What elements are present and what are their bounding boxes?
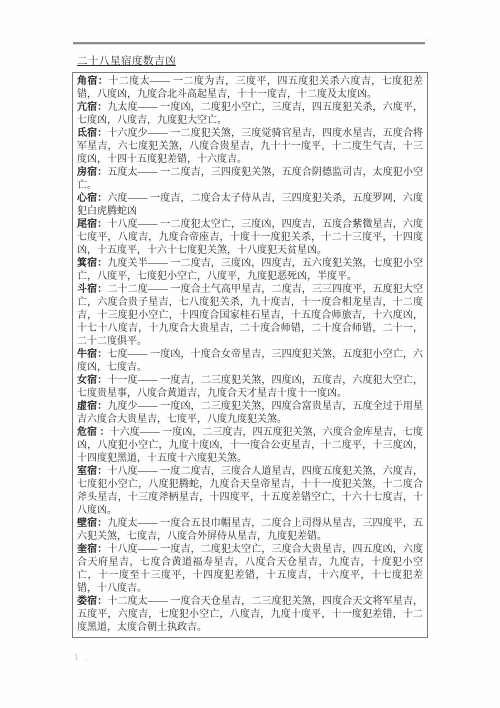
entry-di-body: 十六度少—— 一二度犯关煞，三度觉骑官星吉，四度水星吉，五度合将军星吉，六七度犯… (77, 128, 423, 165)
entry-niu-name: 牛宿： (77, 349, 107, 360)
entry-niu: 牛宿：七度—— 一度凶，十度合女帝星吉，三四度犯关煞，五度犯小空亡，六度凶，七度… (77, 348, 423, 374)
page-top-rule (73, 42, 425, 45)
entry-shi-name: 室宿： (77, 466, 107, 477)
entry-bi-wall-name: 壁宿： (77, 518, 107, 529)
entry-ji-name: 箕宿： (77, 258, 107, 269)
entry-xu-body: 九度少—— 一度凶，二三度犯关煞，四度合富贵星吉，五度全过于用星吉六度合大贵星吉… (77, 401, 423, 425)
entry-wei-tail-body: 十八度—— 一二度犯太空亡，三度凶，四度吉，五度合紫微星吉，六度七度平，八度吉，… (77, 219, 423, 256)
entry-shi-body: 十八度—— 一度二度吉，三度合人道星吉，四度五度犯关煞，六度吉，七度犯小空亡，八… (77, 466, 423, 516)
entry-lou: 娄宿：十二度太—— 一度合天仓星吉，二三度犯关煞，四度合天文将军星吉，五度平，六… (77, 595, 423, 634)
entry-di-name: 氐宿： (77, 128, 107, 139)
entry-fang: 房宿：五度太—— 一二度吉，三四度犯关煞，五度合阴德监司吉，太度犯小空亡。 (77, 166, 423, 192)
entry-xu-name: 虚宿： (77, 401, 107, 412)
entry-xin-body: 六度—— 一度吉，二度合太子侍从吉，三四度犯关杀，五度罗网，六度犯白虎腾蛇凶 (77, 193, 423, 217)
entry-kui-name: 奎宿： (77, 544, 107, 555)
entry-ji-body: 九度关半—— 一二度吉，三度凶，四度吉，五六度犯关煞，七度犯小空亡，八度平，七度… (77, 258, 423, 282)
page-top-right-mark: · (425, 35, 428, 45)
page-number: 1 . (74, 652, 89, 662)
document-title: 二十八星宿度数吉凶 (77, 53, 176, 68)
entry-wei-danger-name: 危宿 ： (77, 427, 110, 438)
entry-bi-wall: 壁宿：九度太—— 一度合五艮巾帽星吉，二度合上司得从星吉，三四度平，五六犯关煞，… (77, 517, 423, 543)
entry-jiao-name: 角宿： (77, 76, 108, 87)
entry-lou-body: 十二度太—— 一度合天仓星吉，二三度犯关煞，四度合天文将军星吉，五度平，六度吉，… (77, 596, 423, 633)
entry-jiao-body: 十二度太—— 一二度为吉，三度平，四五度犯关杀六度吉，七度犯差错，八度凶，九度合… (77, 76, 423, 100)
entry-nv-body: 十一度—— 一度吉，二三度犯关煞，四度凶，五度吉，六度犯大空亡，七度贵星事，八度… (77, 375, 423, 399)
entry-wei-tail: 尾宿：十八度—— 一二度犯太空亡，三度凶，四度吉，五度合紫微星吉，六度七度平，八… (77, 218, 423, 257)
entry-jiao: 角宿：十二度太—— 一二度为吉，三度平，四五度犯关杀六度吉，七度犯差错，八度凶，… (77, 75, 423, 101)
entry-lou-name: 娄宿： (77, 596, 107, 607)
entry-bi-wall-body: 九度太—— 一度合五艮巾帽星吉，二度合上司得从星吉，三四度平，五六犯关煞，七度吉… (77, 518, 423, 542)
entry-niu-body: 七度—— 一度凶，十度合女帝星吉，三四度犯关煞，五度犯小空亡，六度凶，七度吉。 (77, 349, 423, 373)
mansions-table: 角宿：十二度太—— 一二度为吉，三度平，四五度犯关杀六度吉，七度犯差错，八度凶，… (72, 72, 428, 638)
entry-wei-danger-body: 十六度—— 一度凶，二三度吉，四五度犯关煞，六度合金库星吉，七度凶，八度犯小空亡… (77, 427, 423, 464)
entry-kang: 亢宿：九太度—— 一度凶，二度犯小空亡，三度吉，四五度犯关杀，六度平，七度凶，八… (77, 101, 423, 127)
entry-dou-body: 二十二度—— 一度合土气高甲星吉，二度吉，三三四度平，五度犯大空亡，六度合贵子星… (77, 284, 423, 347)
entry-wei-danger: 危宿 ：十六度—— 一度凶，二三度吉，四五度犯关煞，六度合金库星吉，七度凶，八度… (77, 426, 423, 465)
entry-fang-name: 房宿： (77, 167, 107, 178)
entry-ji: 箕宿：九度关半—— 一二度吉，三度凶，四度吉，五六度犯关煞，七度犯小空亡，八度平… (77, 257, 423, 283)
entry-fang-body: 五度太—— 一二度吉，三四度犯关煞，五度合阴德监司吉，太度犯小空亡。 (77, 167, 423, 191)
entry-wei-tail-name: 尾宿： (77, 219, 107, 230)
entry-nv-name: 女宿： (77, 375, 107, 386)
document-page: · 二十八星宿度数吉凶 角宿：十二度太—— 一二度为吉，三度平，四五度犯关杀六度… (0, 0, 500, 708)
entry-kang-body: 九太度—— 一度凶，二度犯小空亡，三度吉，四五度犯关杀，六度平，七度凶，八度吉，… (77, 102, 423, 126)
entry-kang-name: 亢宿： (77, 102, 107, 113)
entry-kui-body: 十八度—— 一度吉，二度犯太空亡，三度合大贵星吉，四五度凶，六度合天府星吉，七度… (77, 544, 423, 594)
entry-shi: 室宿：十八度—— 一度二度吉，三度合人道星吉，四度五度犯关煞，六度吉，七度犯小空… (77, 465, 423, 517)
entry-kui: 奎宿：十八度—— 一度吉，二度犯太空亡，三度合大贵星吉，四五度凶，六度合天府星吉… (77, 543, 423, 595)
entry-nv: 女宿：十一度—— 一度吉，二三度犯关煞，四度凶，五度吉，六度犯大空亡，七度贵星事… (77, 374, 423, 400)
entry-dou: 斗宿：二十二度—— 一度合土气高甲星吉，二度吉，三三四度平，五度犯大空亡，六度合… (77, 283, 423, 348)
entry-xu: 虚宿：九度少—— 一度凶，二三度犯关煞，四度合富贵星吉，五度全过于用星吉六度合大… (77, 400, 423, 426)
entry-xin-name: 心宿： (77, 193, 107, 204)
entry-xin: 心宿：六度—— 一度吉，二度合太子侍从吉，三四度犯关杀，五度罗网，六度犯白虎腾蛇… (77, 192, 423, 218)
entry-dou-name: 斗宿： (77, 284, 107, 295)
entry-di: 氐宿：十六度少—— 一二度犯关煞，三度觉骑官星吉，四度水星吉，五度合将军星吉，六… (77, 127, 423, 166)
